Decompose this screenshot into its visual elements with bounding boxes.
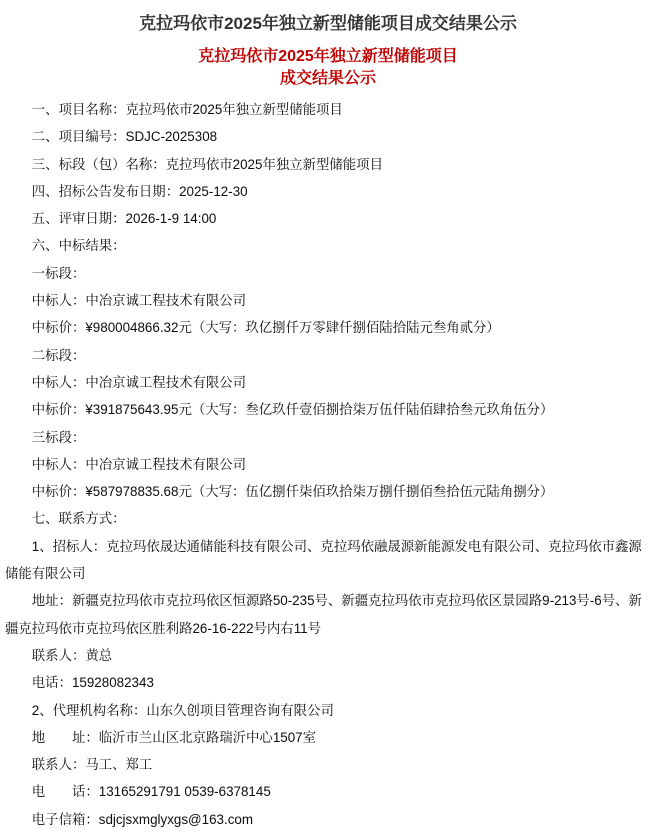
page-title: 克拉玛依市2025年独立新型储能项目成交结果公示 [5,12,651,36]
announcement-page: 克拉玛依市2025年独立新型储能项目成交结果公示 克拉玛依市2025年独立新型储… [0,0,659,839]
tenderee-phone-line: 电话：15928082343 [5,669,651,696]
agency-phone-line: 电 话：13165291791 0539-6378145 [5,778,651,805]
contact-info-heading: 七、联系方式： [5,505,651,532]
document-body: 一、项目名称：克拉玛依市2025年独立新型储能项目 二、项目编号：SDJC-20… [5,96,651,833]
announce-date-line: 四、招标公告发布日期：2025-12-30 [5,178,651,205]
section3-price-line: 中标价：¥587978835.68元（大写：伍亿捌仟柒佰玖拾柒万捌仟捌佰叁拾伍元… [5,478,651,505]
review-date-line: 五、评审日期：2026-1-9 14:00 [5,205,651,232]
tenderee-address-line: 地址：新疆克拉玛依市克拉玛依区恒源路50-235号、新疆克拉玛依市克拉玛依区景园… [5,587,651,642]
project-name-line: 一、项目名称：克拉玛依市2025年独立新型储能项目 [5,96,651,123]
section2-price-line: 中标价：¥391875643.95元（大写：叁亿玖仟壹佰捌拾柒万伍仟陆佰肆拾叁元… [5,396,651,423]
document-title: 克拉玛依市2025年独立新型储能项目 成交结果公示 [5,46,651,90]
agency-name-line: 2、代理机构名称：山东久创项目管理咨询有限公司 [5,697,651,724]
section2-winner-line: 中标人：中冶京诚工程技术有限公司 [5,369,651,396]
agency-contact-line: 联系人：马工、郑工 [5,751,651,778]
document-title-line1: 克拉玛依市2025年独立新型储能项目 [5,46,651,68]
tenderee-names-line: 1、招标人：克拉玛依晟达通储能科技有限公司、克拉玛依融晟源新能源发电有限公司、克… [5,533,651,588]
section2-heading: 二标段： [5,342,651,369]
section3-heading: 三标段： [5,424,651,451]
section1-winner-line: 中标人：中冶京诚工程技术有限公司 [5,287,651,314]
agency-address-line: 地 址：临沂市兰山区北京路瑞沂中心1507室 [5,724,651,751]
tenderee-contact-line: 联系人：黄总 [5,642,651,669]
section1-price-line: 中标价：¥980004866.32元（大写：玖亿捌仟万零肆仟捌佰陆拾陆元叁角贰分… [5,314,651,341]
section-package-name-line: 三、标段（包）名称：克拉玛依市2025年独立新型储能项目 [5,151,651,178]
document-title-line2: 成交结果公示 [5,68,651,90]
section1-heading: 一标段： [5,260,651,287]
agency-email-line: 电子信箱：sdjcjsxmglyxgs@163.com [5,806,651,833]
section3-winner-line: 中标人：中冶京诚工程技术有限公司 [5,451,651,478]
project-number-line: 二、项目编号：SDJC-2025308 [5,123,651,150]
award-result-heading: 六、中标结果： [5,232,651,259]
